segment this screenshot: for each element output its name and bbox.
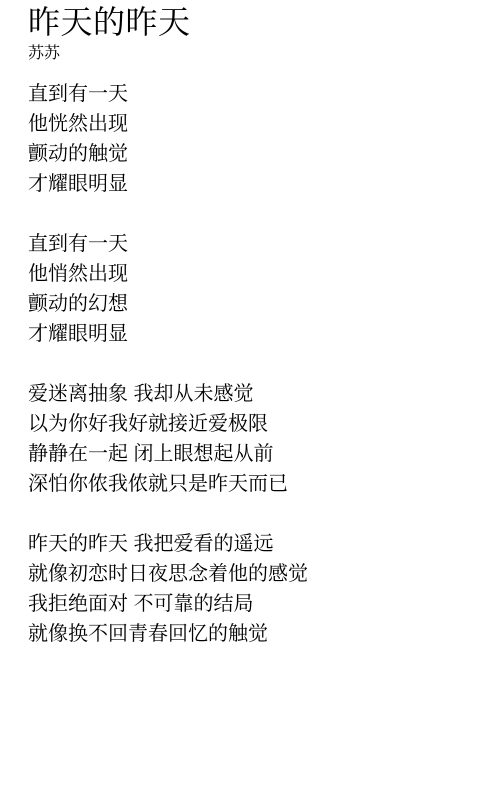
lyric-line: 他悄然出现 [28,259,480,289]
page-title: 昨天的昨天 [28,0,480,44]
artist-name: 苏苏 [28,44,480,64]
lyric-line: 他恍然出现 [28,109,480,139]
lyric-line: 爱迷离抽象 我却从未感觉 [28,379,480,409]
lyric-line: 静静在一起 闭上眼想起从前 [28,439,480,469]
lyric-line: 颤动的幻想 [28,289,480,319]
stanza-2: 直到有一天 他悄然出现 颤动的幻想 才耀眼明显 [28,229,480,349]
lyric-line: 直到有一天 [28,79,480,109]
stanza-3: 爱迷离抽象 我却从未感觉 以为你好我好就接近爱极限 静静在一起 闭上眼想起从前 … [28,379,480,499]
lyric-line: 颤动的触觉 [28,139,480,169]
lyrics-body: 直到有一天 他恍然出现 颤动的触觉 才耀眼明显 直到有一天 他悄然出现 颤动的幻… [28,79,480,649]
stanza-4: 昨天的昨天 我把爱看的遥远 就像初恋时日夜思念着他的感觉 我拒绝面对 不可靠的结… [28,529,480,649]
lyric-line: 才耀眼明显 [28,169,480,199]
stanza-1: 直到有一天 他恍然出现 颤动的触觉 才耀眼明显 [28,79,480,199]
lyrics-page: 昨天的昨天 苏苏 直到有一天 他恍然出现 颤动的触觉 才耀眼明显 直到有一天 他… [0,0,500,649]
lyric-line: 直到有一天 [28,229,480,259]
lyric-line: 昨天的昨天 我把爱看的遥远 [28,529,480,559]
lyric-line: 深怕你侬我侬就只是昨天而已 [28,469,480,499]
lyric-line: 就像初恋时日夜思念着他的感觉 [28,559,480,589]
lyric-line: 我拒绝面对 不可靠的结局 [28,589,480,619]
lyric-line: 以为你好我好就接近爱极限 [28,409,480,439]
lyric-line: 才耀眼明显 [28,319,480,349]
lyric-line: 就像换不回青春回忆的触觉 [28,619,480,649]
